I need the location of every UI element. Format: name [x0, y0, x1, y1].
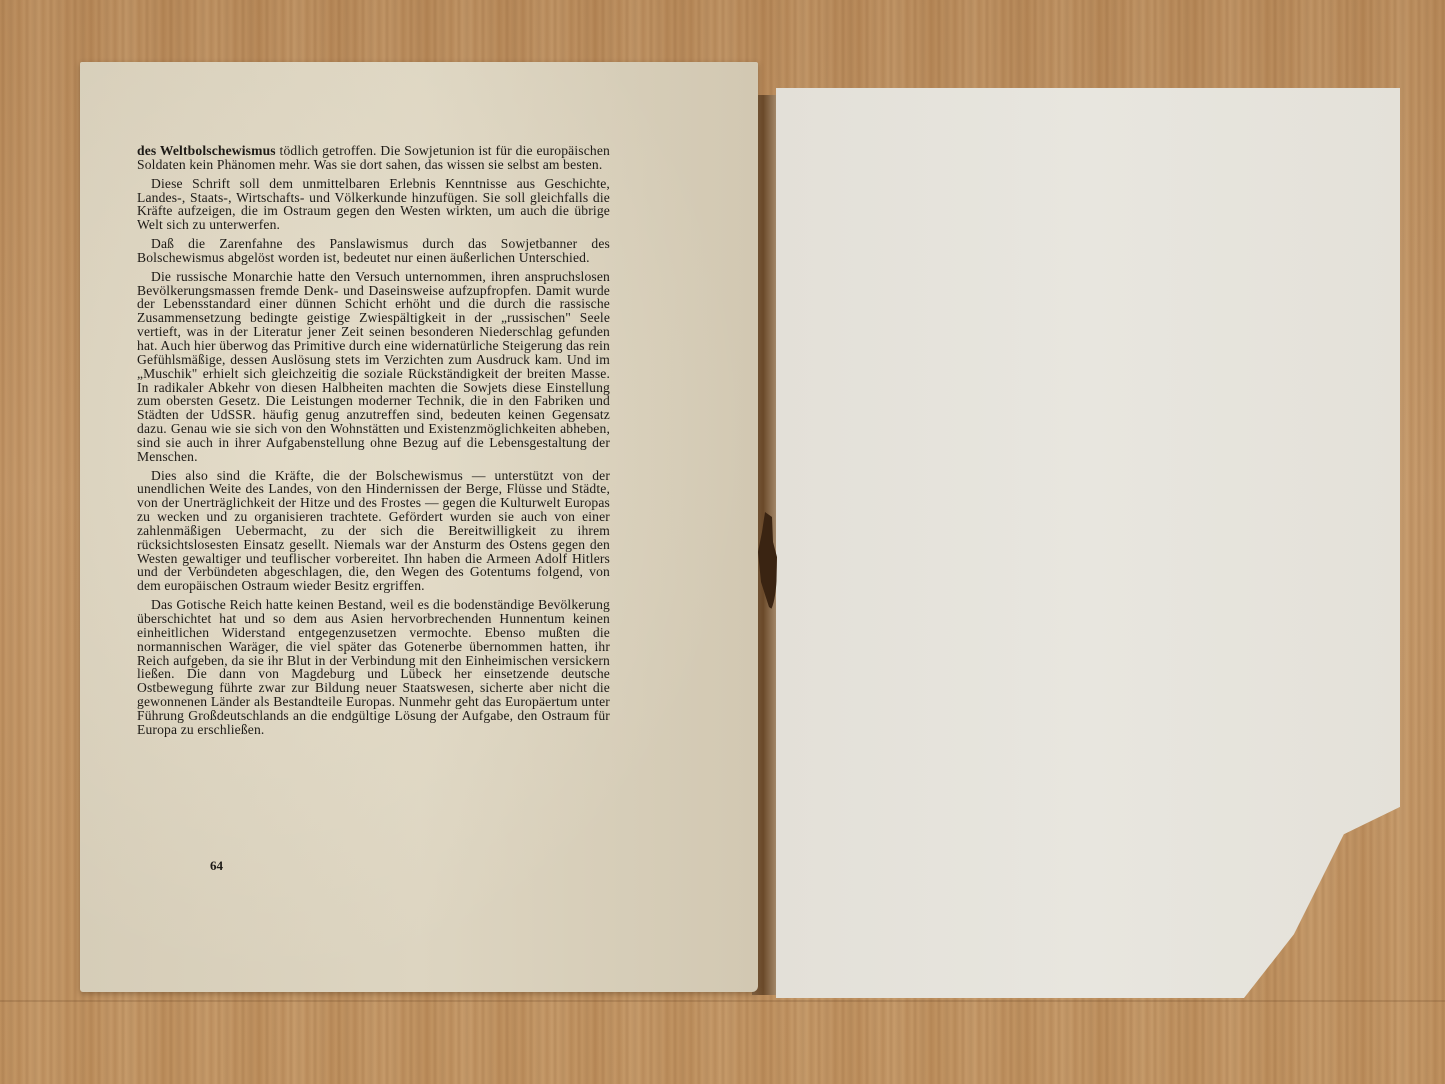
paragraph-lead-bold: des Weltbolschewismus — [137, 143, 276, 158]
paragraph-3: Daß die Zarenfahne des Panslawismus durc… — [137, 237, 610, 265]
table-plank-seam — [0, 1000, 1445, 1002]
right-page-blank — [776, 88, 1400, 998]
paragraph-4: Die russische Monarchie hatte den Versuc… — [137, 270, 610, 464]
paragraph-6: Das Gotische Reich hatte keinen Bestand,… — [137, 598, 610, 736]
paragraph-5: Dies also sind die Kräfte, die der Bolsc… — [137, 469, 610, 594]
paragraph-1: des Weltbolschewismus tödlich getroffen.… — [137, 144, 610, 172]
paragraph-2: Diese Schrift soll dem unmittelbaren Erl… — [137, 177, 610, 232]
left-page-text: des Weltbolschewismus tödlich getroffen.… — [137, 144, 610, 742]
page-number: 64 — [210, 858, 223, 874]
